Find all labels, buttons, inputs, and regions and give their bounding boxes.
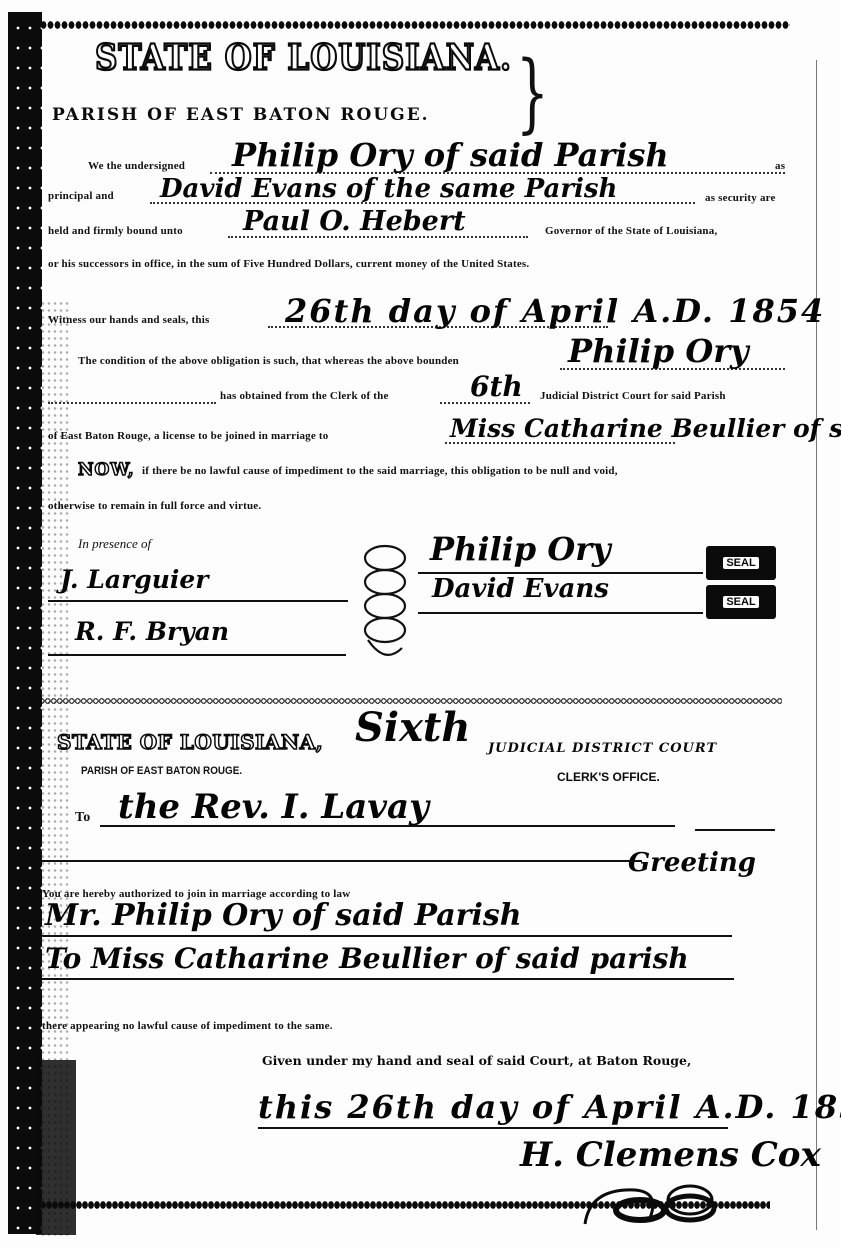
right-margin-rule [816, 60, 817, 1230]
signer-1: Philip Ory [430, 530, 611, 568]
document-page: STATE OF LOUISIANA. } PARISH OF EAST BAT… [0, 0, 841, 1249]
given-text: Given under my hand and seal of said Cou… [262, 1053, 691, 1068]
no-impediment-text: there appearing no lawful cause of imped… [42, 1020, 333, 1032]
license-date: this 26th day of April A.D. 1854 [258, 1088, 841, 1126]
signature-line [48, 654, 346, 656]
fill-line [42, 935, 732, 937]
signer-2: David Evans [432, 574, 609, 604]
security-name: David Evans of the same Parish [160, 174, 617, 204]
seal-stamp: SEAL [706, 585, 776, 619]
to-label: To [75, 810, 90, 826]
bounden-name: Philip Ory [568, 332, 749, 370]
officiant-name: the Rev. I. Lavay [118, 787, 429, 827]
flourish-loops-icon [360, 540, 410, 670]
fill-line [258, 1127, 728, 1129]
bond-line7-print: has obtained from the Clerk of the [220, 390, 389, 402]
bond-line8-print: of East Baton Rouge, a license to be joi… [48, 430, 328, 442]
brace-icon: } [516, 50, 549, 136]
bond-date: 26th day of April A.D. 1854 [285, 292, 825, 330]
bride-license-name: To Miss Catharine Beullier of said paris… [45, 942, 689, 975]
signature-line [418, 612, 703, 614]
district-number: 6th [470, 370, 523, 403]
bond-line1-print: We the undersigned [88, 160, 185, 172]
bond-parish: PARISH OF EAST BATON ROUGE. [52, 105, 430, 125]
license-parish: PARISH OF EAST BATON ROUGE. [81, 765, 242, 777]
court-label: JUDICIAL DISTRICT COURT [488, 741, 717, 756]
bond-line3-print: held and firmly bound unto [48, 225, 183, 237]
fill-line [42, 978, 734, 980]
now-label: NOW, [78, 460, 135, 480]
presence-label: In presence of [78, 536, 151, 552]
decorative-left-border [8, 12, 42, 1234]
signature-line [48, 600, 348, 602]
fill-line [48, 402, 216, 404]
bond-line7-end: Judicial District Court for said Parish [540, 390, 726, 402]
greeting: Greeting [628, 848, 756, 878]
bond-line2-end: as security are [705, 192, 776, 204]
bond-line6-print: The condition of the above obligation is… [78, 355, 459, 367]
office-label: CLERK'S OFFICE. [557, 770, 660, 784]
governor-name: Paul O. Hebert [243, 206, 466, 237]
groom-name: Mr. Philip Ory of said Parish [45, 898, 522, 933]
district-name: Sixth [355, 704, 471, 751]
license-title: STATE OF LOUISIANA, [57, 730, 323, 754]
bride-name: Miss Catharine Beullier of said Parish [450, 414, 841, 443]
witness-1: J. Larguier [60, 565, 208, 594]
fill-line [100, 825, 675, 827]
principal-name: Philip Ory of said Parish [232, 136, 669, 174]
court-seal-scribble-icon [580, 1178, 720, 1226]
bond-line1-end: as [775, 160, 785, 172]
bond-line9-print: if there be no lawful cause of impedimen… [142, 465, 618, 477]
bond-line2-print: principal and [48, 190, 114, 202]
decorative-top-border [40, 20, 790, 30]
bond-line4-print: or his successors in office, in the sum … [48, 258, 529, 270]
witness-2: R. F. Bryan [75, 617, 229, 646]
seal-stamp: SEAL [706, 546, 776, 580]
clerk-signature: H. Clemens Cox [520, 1135, 821, 1175]
bond-title: STATE OF LOUISIANA. [95, 37, 512, 78]
bond-line10-print: otherwise to remain in full force and vi… [48, 500, 261, 512]
fill-line [695, 829, 775, 831]
fill-line [42, 860, 642, 862]
bond-line3-end: Governor of the State of Louisiana, [545, 225, 717, 237]
bond-line5-print: Witness our hands and seals, this [48, 314, 209, 326]
